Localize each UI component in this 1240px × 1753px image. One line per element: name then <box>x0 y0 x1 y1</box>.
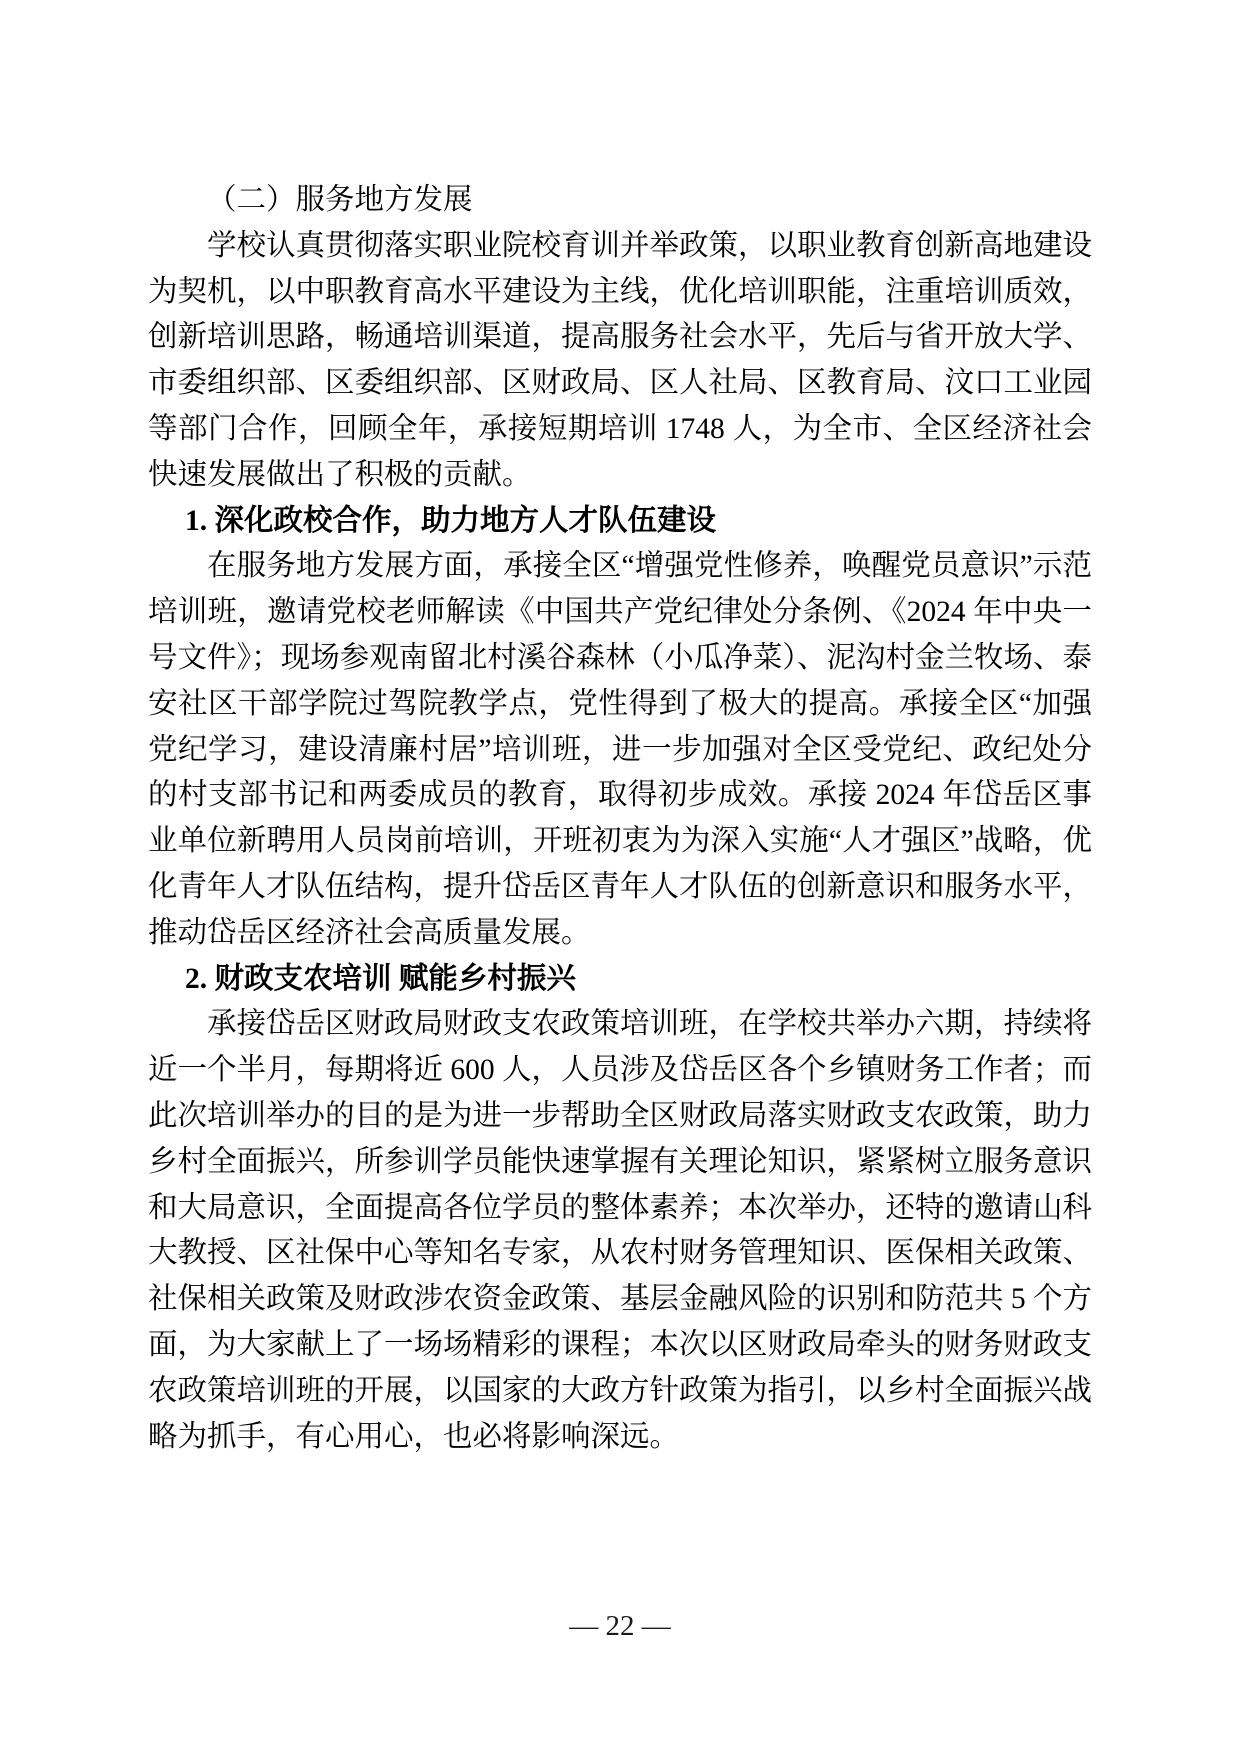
paragraph-subsection-2: 承接岱岳区财政局财政支农政策培训班，在学校共举办六期，持续将近一个半月，每期将近… <box>148 1002 1092 1460</box>
page-number-footer: — 22 — <box>0 1606 1240 1646</box>
paragraph-overview: 学校认真贯彻落实职业院校育训并举政策，以职业教育创新高地建设为契机，以中职教育高… <box>148 224 1092 499</box>
subsection-heading-2: 2. 财政支农培训 赋能乡村振兴 <box>148 957 1092 1003</box>
section-heading: （二）服务地方发展 <box>148 178 1092 224</box>
paragraph-subsection-1: 在服务地方发展方面，承接全区“增强党性修养，唤醒党员意识”示范培训班，邀请党校老… <box>148 544 1092 956</box>
document-body: （二）服务地方发展 学校认真贯彻落实职业院校育训并举政策，以职业教育创新高地建设… <box>148 178 1092 1460</box>
document-page: （二）服务地方发展 学校认真贯彻落实职业院校育训并举政策，以职业教育创新高地建设… <box>0 0 1240 1753</box>
subsection-heading-1: 1. 深化政校合作，助力地方人才队伍建设 <box>148 499 1092 545</box>
